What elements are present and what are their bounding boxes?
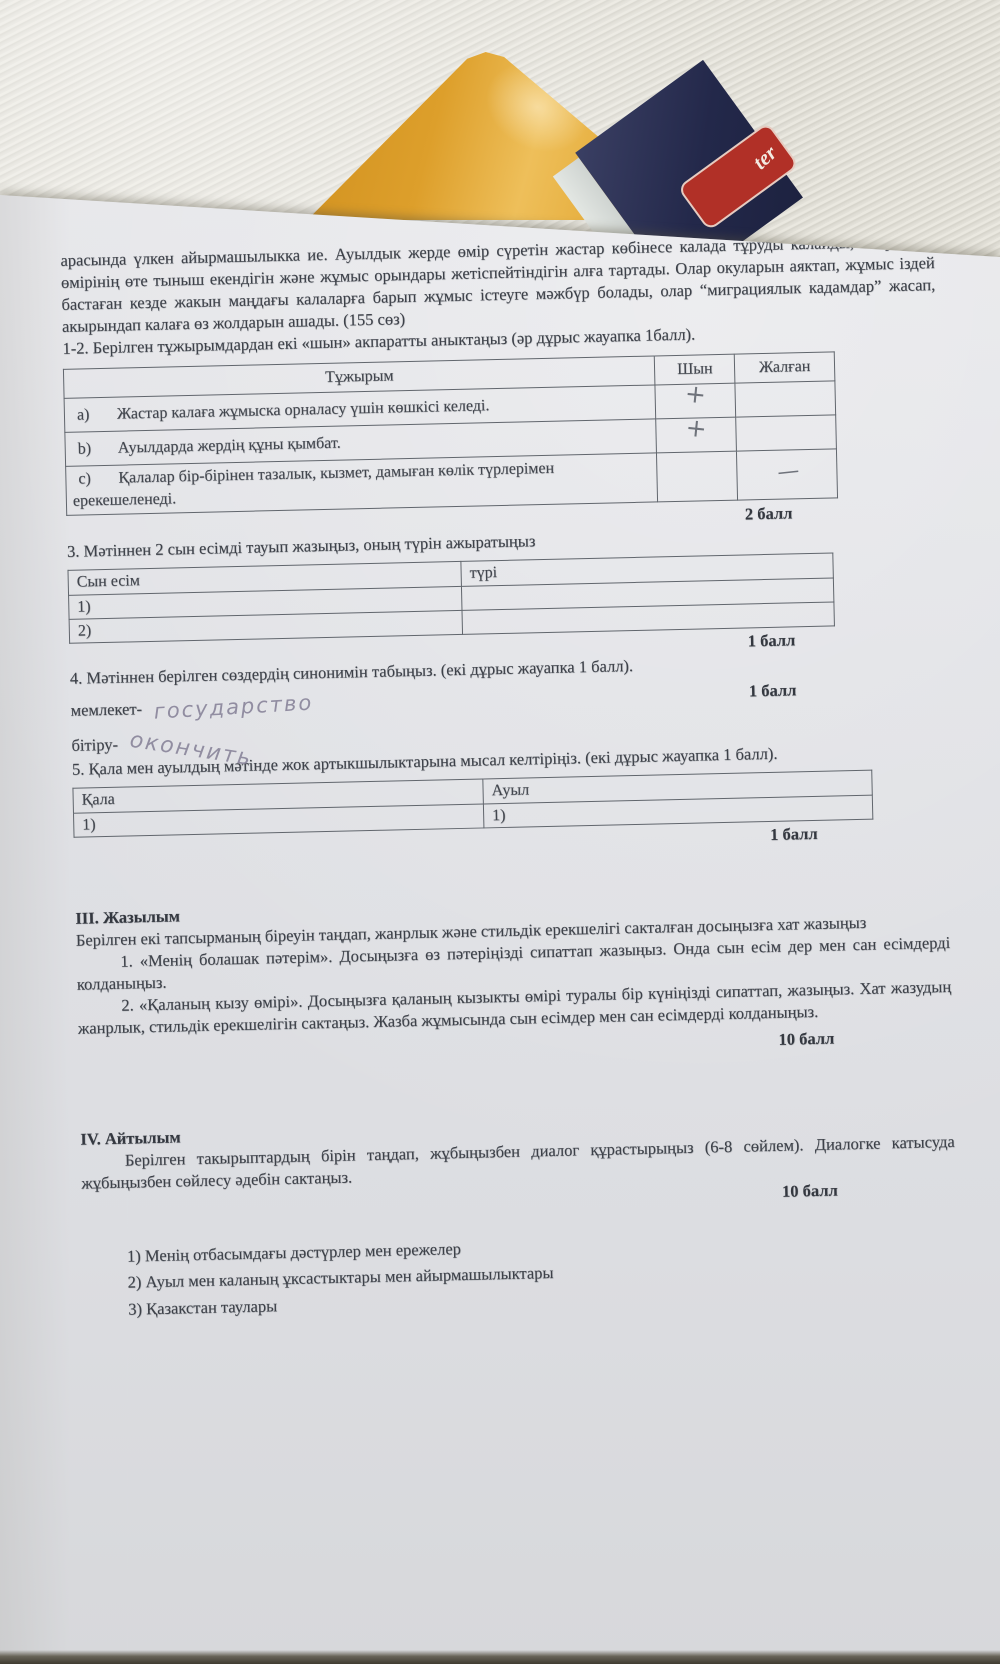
section-writing: III. Жазылым Берілген екі тапсырманың бі… <box>75 888 952 1066</box>
false-cell <box>736 415 837 451</box>
paper-wrap: арасында үлкен айырмашылыкка ие. Ауылдык… <box>0 0 1000 1664</box>
row-label: c) <box>72 468 114 490</box>
handwritten-answer: государство <box>153 689 314 726</box>
task-4-score: 1 балл <box>749 679 797 702</box>
true-cell: + <box>656 417 737 453</box>
exam-sheet-content: арасында үлкен айырмашылыкка ие. Ауылдык… <box>0 0 1000 1326</box>
exam-paper: арасында үлкен айырмашылыкка ие. Ауылдык… <box>0 0 1000 1664</box>
statement-text: Жастар калаға жұмыска орналасу үшін көшк… <box>117 397 490 422</box>
statement-text: Ауылдарда жердің құны қымбат. <box>118 434 341 456</box>
row-label: b) <box>71 437 113 459</box>
statement-text: Қалалар бір-бірінен тазалык, кызмет, дам… <box>73 460 555 509</box>
synonym-term: мемлекет- <box>70 699 142 720</box>
section-speaking: IV. Айтылым Берілген такырыптардың бірін… <box>80 1109 958 1325</box>
false-cell: — <box>737 449 838 500</box>
adjectives-table: Сын есім түрі 1) 2) <box>67 552 834 644</box>
photo-of-exam-paper: ter арасында үлкен айырмашылыкка ие. Ауы… <box>0 0 1000 1664</box>
col-false: Жалған <box>734 352 834 383</box>
handwritten-dash-mark: — <box>777 471 797 473</box>
topics-list: 1) Менің отбасымдағы дәстүрлер мен ереже… <box>127 1224 959 1323</box>
pencil-smudge <box>352 188 463 212</box>
desk-edge-shadow <box>0 1650 1000 1664</box>
true-cell <box>657 451 738 502</box>
handwritten-plus-mark: + <box>685 393 706 395</box>
row-label: a) <box>71 403 113 425</box>
false-cell <box>735 381 836 417</box>
statements-table: Тұжырым Шын Жалған a) Жастар калаға жұмы… <box>63 351 838 515</box>
handwritten-plus-mark: + <box>686 427 707 429</box>
synonym-term: бітіру- <box>71 735 118 755</box>
